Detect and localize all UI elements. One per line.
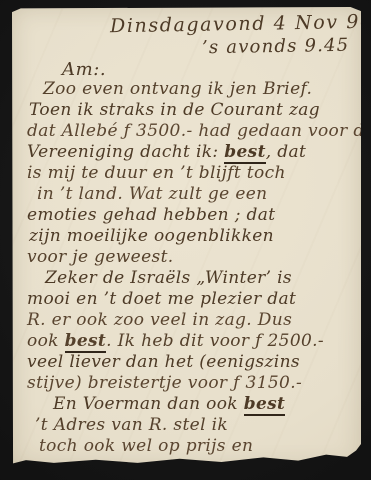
letter-line: emoties gehad hebben ; dat <box>27 205 361 226</box>
letter-text: veel liever dan het (eenigszins <box>27 352 300 372</box>
letter-line: stijve) breistertje voor ƒ 3150.- <box>27 373 361 394</box>
letter-line: dat Allebé ƒ 3500.- had gedaan voor de <box>27 121 361 142</box>
letter-text: , dat <box>266 142 306 162</box>
letter-line: Toen ik straks in de Courant zag <box>27 100 361 121</box>
letter-text: Vereeniging dacht ik: <box>27 142 224 162</box>
letter-text: ’t Adres van R. stel ik <box>35 415 228 435</box>
letter-text: toch ook wel op prijs en <box>39 436 253 456</box>
letter-time: ’s avonds 9.45 <box>202 35 350 59</box>
letter-text: . Ik heb dit voor ƒ 2500.- <box>106 331 324 351</box>
letter-line: mooi en ’t doet me plezier dat <box>27 289 361 310</box>
letter-text: dat Allebé ƒ 3500.- had gedaan voor de <box>27 121 371 141</box>
letter-text: in ’t land. Wat zult ge een <box>37 184 267 204</box>
underlined-word: best <box>224 142 266 164</box>
letter-text: Toen ik straks in de Courant zag <box>29 100 320 120</box>
letter-text: voor je geweest. <box>27 247 174 267</box>
letter-line: toch ook wel op prijs en <box>27 436 361 457</box>
letter-body: Zoo even ontvang ik jen Brief.Toen ik st… <box>27 79 361 457</box>
letter-text: En Voerman dan ook <box>53 394 244 414</box>
letter-text: emoties gehad hebben ; dat <box>27 205 275 225</box>
photo-background: Dinsdagavond 4 Nov 90 ’s avonds 9.45 Am:… <box>0 0 371 480</box>
letter-line: in ’t land. Wat zult ge een <box>27 184 361 205</box>
letter-text: R. er ook zoo veel in zag. Dus <box>27 310 292 330</box>
letter-line: Zoo even ontvang ik jen Brief. <box>27 79 361 100</box>
letter-salutation: Am:. <box>62 59 106 80</box>
letter-line: ’t Adres van R. stel ik <box>27 415 361 436</box>
underlined-word: best <box>65 331 107 353</box>
letter-line: is mij te duur en ’t blijft toch <box>27 163 361 184</box>
letter-line: En Voerman dan ook best <box>27 394 361 415</box>
letter-text: ook <box>27 331 65 351</box>
letter-page: Dinsdagavond 4 Nov 90 ’s avonds 9.45 Am:… <box>12 7 361 468</box>
letter-line: Zeker de Israëls „Winter’ is <box>27 268 361 289</box>
letter-line: voor je geweest. <box>27 247 361 268</box>
letter-text: stijve) breistertje voor ƒ 3150.- <box>27 373 302 393</box>
letter-line: veel liever dan het (eenigszins <box>27 352 361 373</box>
letter-text: zijn moeilijke oogenblikken <box>29 226 274 246</box>
letter-text: is mij te duur en ’t blijft toch <box>27 163 286 183</box>
letter-line: zijn moeilijke oogenblikken <box>27 226 361 247</box>
letter-line: Vereeniging dacht ik: best, dat <box>27 142 361 163</box>
letter-text: Zoo even ontvang ik jen Brief. <box>43 79 312 99</box>
underlined-word: best <box>244 394 286 416</box>
letter-dateline: Dinsdagavond 4 Nov 90 <box>110 11 371 38</box>
letter-line: R. er ook zoo veel in zag. Dus <box>27 310 361 331</box>
letter-text: mooi en ’t doet me plezier dat <box>27 289 296 309</box>
letter-text: Zeker de Israëls „Winter’ is <box>45 268 292 288</box>
letter-line: ook best. Ik heb dit voor ƒ 2500.- <box>27 331 361 352</box>
